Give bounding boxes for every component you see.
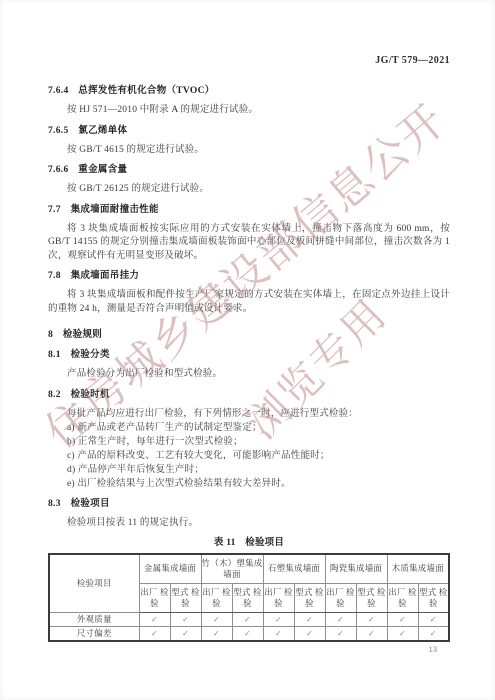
check-cell: ✓ <box>263 626 294 641</box>
check-cell: ✓ <box>387 626 418 641</box>
check-cell: ✓ <box>201 626 232 641</box>
check-cell: ✓ <box>356 612 387 626</box>
group-header-stone-plastic: 石塑集成墙面 <box>263 554 325 583</box>
table-11-inspection-items: 检验项目 金属集成墙面 竹（木）塑集成墙面 石塑集成墙面 陶瓷集成墙面 木质集成… <box>48 553 450 642</box>
group-header-metal: 金属集成墙面 <box>139 554 201 583</box>
subcol-factory-2: 出厂 检验 <box>263 583 294 612</box>
heading-8-1: 8.1 检验分类 <box>48 348 450 362</box>
paragraph-7-6-4: 按 HJ 571—2010 中附录 A 的规定进行试验。 <box>48 104 450 118</box>
heading-8: 8 检验规则 <box>48 328 450 342</box>
heading-7-8: 7.8 集成墙面吊挂力 <box>48 269 450 283</box>
clause-item-a: a) 新产品或老产品转厂生产的试制定型鉴定； <box>48 421 450 435</box>
check-cell: ✓ <box>387 612 418 626</box>
check-cell: ✓ <box>356 626 387 641</box>
row-label-dimension: 尺寸偏差 <box>49 626 139 641</box>
group-header-bamboo-wood-plastic: 竹（木）塑集成墙面 <box>201 554 263 583</box>
check-cell: ✓ <box>139 626 170 641</box>
check-cell: ✓ <box>201 612 232 626</box>
subcol-type-3: 型式 检验 <box>356 583 387 612</box>
document-body: 7.6.4 总挥发性有机化合物（TVOC） 按 HJ 571—2010 中附录 … <box>0 0 495 642</box>
table-11-caption: 表 11 检验项目 <box>48 537 450 551</box>
table-row-dimension: 尺寸偏差 ✓ ✓ ✓ ✓ ✓ ✓ ✓ ✓ ✓ ✓ <box>49 626 449 641</box>
check-cell: ✓ <box>170 626 201 641</box>
subcol-type-2: 型式 检验 <box>294 583 325 612</box>
subcol-factory-4: 出厂 检验 <box>387 583 418 612</box>
check-cell: ✓ <box>232 612 263 626</box>
subcol-type-0: 型式 检验 <box>170 583 201 612</box>
paragraph-7-8: 将 3 块集成墙面板和配件按生产厂家规定的方式安装在实体墙上，在固定点外边挂上设… <box>48 289 450 316</box>
clause-item-b: b) 正常生产时，每年进行一次型式检验； <box>48 435 450 449</box>
subcol-factory-1: 出厂 检验 <box>201 583 232 612</box>
paragraph-8-3: 检验项目按表 11 的规定执行。 <box>48 517 450 531</box>
clause-item-c: c) 产品的原料改变、工艺有较大变化，可能影响产品性能时； <box>48 449 450 463</box>
check-cell: ✓ <box>232 626 263 641</box>
check-cell: ✓ <box>170 612 201 626</box>
check-cell: ✓ <box>325 612 356 626</box>
subcol-type-1: 型式 检验 <box>232 583 263 612</box>
heading-7-6-5: 7.6.5 氯乙烯单体 <box>48 124 450 138</box>
check-cell: ✓ <box>294 626 325 641</box>
check-cell: ✓ <box>294 612 325 626</box>
paragraph-7-6-6: 按 GB/T 26125 的规定进行试验。 <box>48 183 450 197</box>
doc-code: JG/T 579—2021 <box>375 55 450 66</box>
paragraph-7-7: 将 3 块集成墙面板按实际应用的方式安装在实体墙上，撞击物下落高度为 600 m… <box>48 223 450 264</box>
check-cell: ✓ <box>325 626 356 641</box>
subcol-type-4: 型式 检验 <box>418 583 449 612</box>
check-cell: ✓ <box>139 612 170 626</box>
group-header-ceramic: 陶瓷集成墙面 <box>325 554 387 583</box>
subcol-factory-0: 出厂 检验 <box>139 583 170 612</box>
subcol-factory-3: 出厂 检验 <box>325 583 356 612</box>
page-number: 13 <box>429 644 438 654</box>
heading-8-3: 8.3 检验项目 <box>48 497 450 511</box>
heading-8-2: 8.2 检验时机 <box>48 388 450 402</box>
check-cell: ✓ <box>418 626 449 641</box>
document-page: { "header": { "doc_code": "JG/T 579—2021… <box>0 0 495 700</box>
table-row-appearance: 外观质量 ✓ ✓ ✓ ✓ ✓ ✓ ✓ ✓ ✓ ✓ <box>49 612 449 626</box>
clause-item-d: d) 产品停产半年后恢复生产时； <box>48 463 450 477</box>
heading-7-7: 7.7 集成墙面耐撞击性能 <box>48 203 450 217</box>
check-cell: ✓ <box>263 612 294 626</box>
heading-7-6-4: 7.6.4 总挥发性有机化合物（TVOC） <box>48 84 450 98</box>
col-header-item: 检验项目 <box>49 554 139 612</box>
clause-item-e: e) 出厂检验结果与上次型式检验结果有较大差异时。 <box>48 477 450 491</box>
paragraph-8-2-intro: 每批产品均应进行出厂检验，有下列情形之一时，应进行型式检验： <box>48 408 450 422</box>
row-label-appearance: 外观质量 <box>49 612 139 626</box>
group-header-solid-wood: 木质集成墙面 <box>387 554 449 583</box>
heading-7-6-6: 7.6.6 重金属含量 <box>48 163 450 177</box>
check-cell: ✓ <box>418 612 449 626</box>
clause-list-8-2: a) 新产品或老产品转厂生产的试制定型鉴定； b) 正常生产时，每年进行一次型式… <box>48 421 450 491</box>
paragraph-8-1: 产品检验分为出厂检验和型式检验。 <box>48 368 450 382</box>
paragraph-7-6-5: 按 GB/T 4615 的规定进行试验。 <box>48 144 450 158</box>
